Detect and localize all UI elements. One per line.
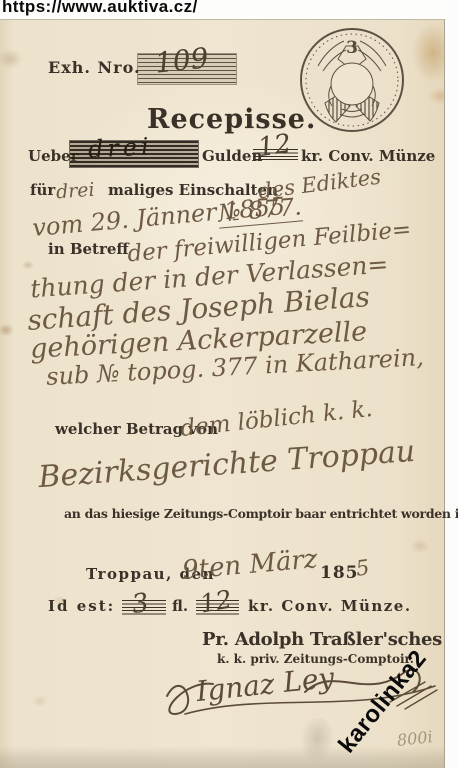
scanner-background [445,0,458,768]
document-title: Recepisse. [147,104,316,135]
stamp-denomination: 3 [346,38,358,58]
exhibit-number-label: Exh. Nro. [48,58,141,77]
florin-label: fl. [172,597,188,615]
paid-confirmation-line: an das hiesige Zeitungs-Comptoir baar en… [64,506,458,521]
kreuzer-value-2: 12 [198,584,234,618]
exhibit-number-value: 109 [153,41,210,79]
times-value: drei [55,179,95,204]
fuer-label: für [30,181,55,199]
pencil-note: 800i [396,727,433,750]
source-url: https://www.auktiva.cz/ [2,0,198,17]
scanned-auction-photo: https://www.auktiva.cz/ Exh. Nro. 109 3 … [0,0,458,768]
ueber-tail: kr. Conv. Münze [301,147,435,165]
firm-name: Pr. Adolph Traßler'sches [202,629,442,650]
betreff-label: in Betreff [48,240,129,258]
printed-year: 185 [320,563,359,583]
amount-words-value: drei [87,132,153,163]
kreuzer-value: 12 [256,129,293,163]
id-est-label: Id est: [48,597,115,615]
id-est-tail: kr. Conv. Münze. [248,597,412,615]
